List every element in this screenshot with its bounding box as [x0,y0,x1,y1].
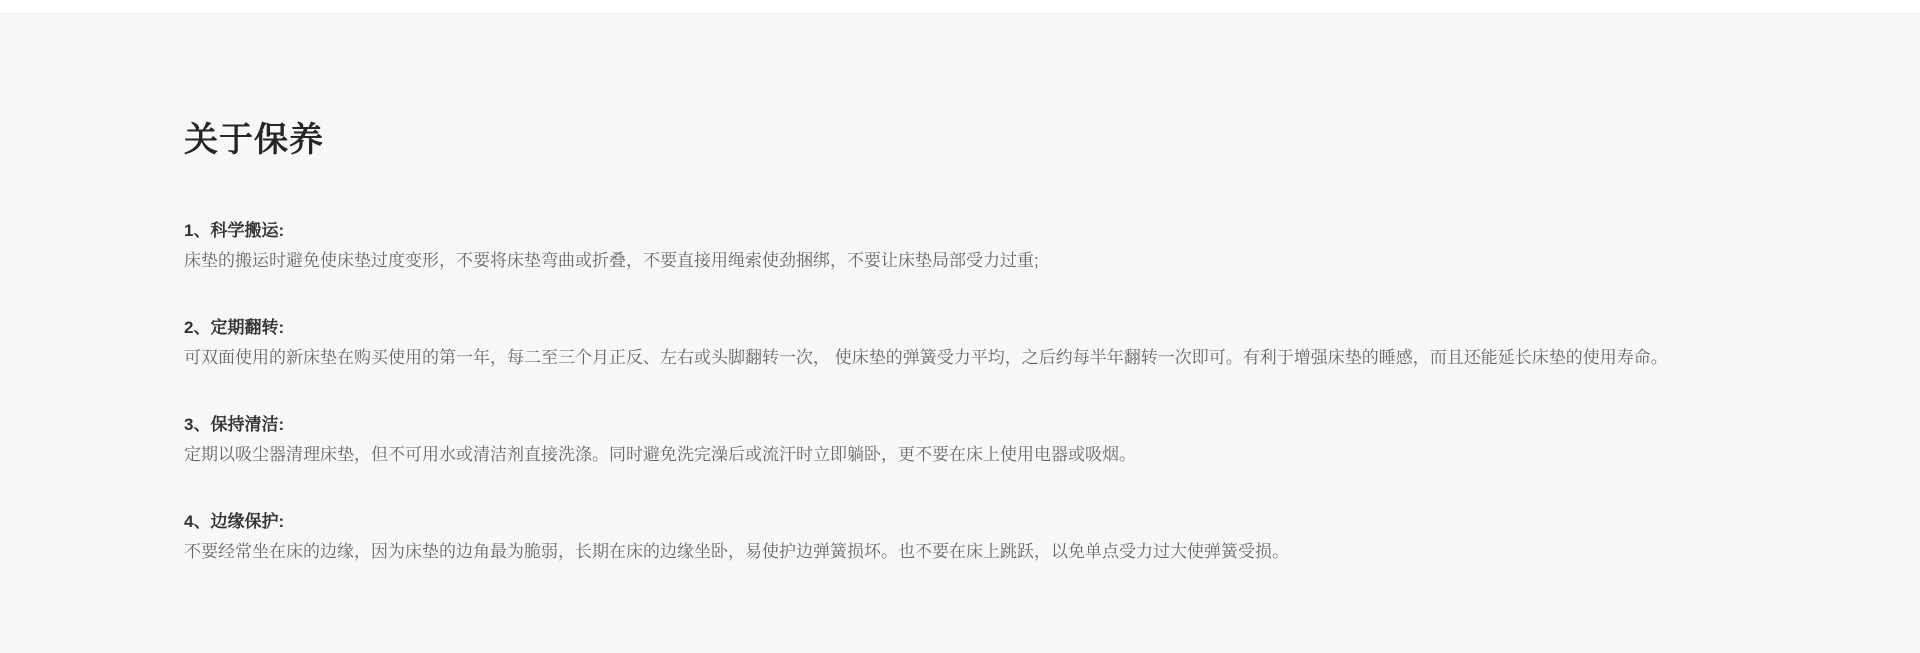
care-section-edge-protection: 4、边缘保护: 不要经常坐在床的边缘，因为床垫的边角最为脆弱，长期在床的边缘坐卧… [184,512,1740,563]
care-sections: 1、科学搬运: 床垫的搬运时避免使床垫过度变形，不要将床垫弯曲或折叠，不要直接用… [184,221,1740,563]
care-section-heading: 1、科学搬运: [184,221,1740,241]
care-section-body: 定期以吸尘器清理床垫，但不可用水或清洁剂直接洗涤。同时避免洗完澡后或流汗时立即躺… [184,444,1740,466]
care-section-body: 可双面使用的新床垫在购买使用的第一年，每二至三个月正反、左右或头脚翻转一次， 使… [184,347,1740,369]
care-section-body: 床垫的搬运时避免使床垫过度变形，不要将床垫弯曲或折叠，不要直接用绳索使劲捆绑，不… [184,250,1740,272]
care-section-heading: 4、边缘保护: [184,512,1740,532]
care-page: { "page": { "title": "关于保养" }, "sections… [0,0,1920,653]
top-bar [0,0,1920,14]
maintenance-content: 关于保养 1、科学搬运: 床垫的搬运时避免使床垫过度变形，不要将床垫弯曲或折叠，… [0,14,1920,563]
care-section-body: 不要经常坐在床的边缘，因为床垫的边角最为脆弱，长期在床的边缘坐卧，易使护边弹簧损… [184,541,1740,563]
page-title: 关于保养 [184,121,1740,159]
care-section-heading: 2、定期翻转: [184,318,1740,338]
care-section-heading: 3、保持清洁: [184,415,1740,435]
care-section-cleaning: 3、保持清洁: 定期以吸尘器清理床垫，但不可用水或清洁剂直接洗涤。同时避免洗完澡… [184,415,1740,466]
care-section-moving: 1、科学搬运: 床垫的搬运时避免使床垫过度变形，不要将床垫弯曲或折叠，不要直接用… [184,221,1740,272]
care-section-flipping: 2、定期翻转: 可双面使用的新床垫在购买使用的第一年，每二至三个月正反、左右或头… [184,318,1740,369]
